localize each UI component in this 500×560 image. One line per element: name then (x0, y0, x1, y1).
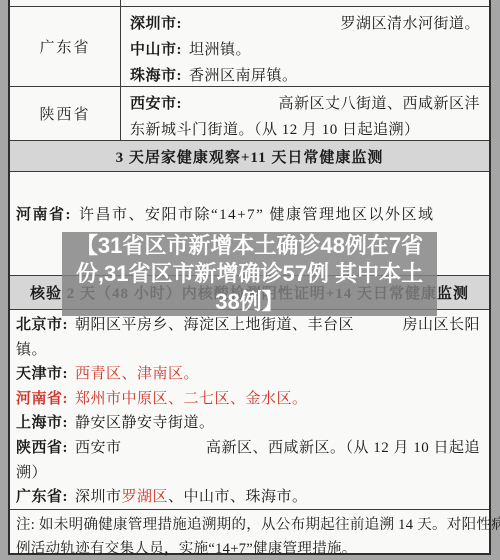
province-label: 河南省: (16, 207, 72, 223)
district-text: 溯） (16, 465, 47, 481)
policy-line-guangdong: 广东省:深圳市罗湖区、中山市、珠海市。 (16, 485, 480, 510)
city-label: 深圳市: (130, 11, 182, 37)
province-label: 广东省: (16, 489, 68, 505)
city-label: 珠海市: (130, 68, 182, 84)
district-text: 深圳市 (75, 489, 122, 505)
policy-line-beijing: 北京市:朝阳区平房乡、海淀区上地街道、丰台区 房山区长阳 (16, 313, 480, 338)
district-text-right: 房山区长阳 (402, 313, 480, 338)
policy-line-henan: 河南省:郑州市中原区、二七区、金水区。 (16, 387, 480, 412)
province-label: 陕西省: (16, 440, 68, 456)
footnote-line-2: 例活动轨迹有交集人员，实施“14+7”健康管理措施。 (16, 537, 482, 560)
table-row-guangdong: 广东省 深圳市: 罗湖区清水河街道。 中山市:坦洲镇。 珠海市:香洲区南屏镇。 (10, 7, 489, 87)
district-text: 朝阳区平房乡、海淀区上地街道、丰台区 (75, 317, 354, 333)
policy-banner-3day-observation: 3 天居家健康观察+11 天日常健康监测 (10, 141, 489, 172)
province-label: 上海市: (16, 415, 68, 431)
page-background: 广东省 深圳市: 罗湖区清水河街道。 中山市:坦洲镇。 珠海市:香洲区南屏镇。 … (0, 0, 500, 560)
city-entry-xian-wrap: 东新城斗门街道。（从 12 月 10 日起追溯） (130, 117, 480, 143)
district-text: 坦洲镇。 (189, 42, 251, 58)
city-entry-shenzhen: 深圳市: 罗湖区清水河街道。 (130, 11, 480, 37)
policy-line-shaanxi: 陕西省:西安市 高新区、西咸新区。（从 12 月 10 日起追 (16, 436, 480, 461)
city-entry-zhongshan: 中山市:坦洲镇。 (130, 37, 480, 63)
detail-cell-shaanxi: 西安市: 高新区丈八街道、西咸新区沣 东新城斗门街道。（从 12 月 10 日起… (121, 87, 489, 140)
district-text: 镇。 (16, 342, 47, 358)
district-text-right: 高新区、西咸新区。（从 12 月 10 日起追 (206, 436, 480, 461)
policy-line-shaanxi-wrap: 溯） (16, 461, 480, 486)
banner-text: 3 天居家健康观察+11 天日常健康监测 (116, 146, 384, 167)
province-label: 北京市: (16, 317, 68, 333)
district-text: 高新区丈八街道、西咸新区沣 (278, 91, 480, 117)
daily-monitoring-section: 北京市:朝阳区平房乡、海淀区上地街道、丰台区 房山区长阳 镇。 天津市:西青区、… (10, 310, 489, 510)
district-text: 、中山市、珠海市。 (168, 489, 308, 505)
footnote-line-1: 注: 如未明确健康管理措施追溯期的，从公布期起往前追溯 14 天。对阳性病 (16, 513, 482, 537)
province-cell-shaanxi: 陕西省 (10, 87, 121, 140)
province-label-red: 河南省: (16, 391, 68, 407)
table-row-partial (10, 0, 489, 7)
city-label: 西安市: (130, 91, 182, 117)
district-text-red: 罗湖区 (122, 489, 169, 505)
region-text: 许昌市、安阳市除“14+7” 健康管理地区以外区域 (79, 207, 435, 223)
henan-exception-line: 河南省:许昌市、安阳市除“14+7” 健康管理地区以外区域 (16, 202, 480, 228)
detail-cell-guangdong: 深圳市: 罗湖区清水河街道。 中山市:坦洲镇。 珠海市:香洲区南屏镇。 (121, 7, 489, 86)
province-cell-guangdong: 广东省 (10, 7, 121, 86)
province-label: 天津市: (16, 366, 68, 382)
news-caption-overlay: 【31省区市新增本土确诊48例在7省份,31省区市新增确诊57例 其中本土38例… (62, 232, 437, 316)
district-text: 静安区静安寺街道。 (75, 415, 215, 431)
district-text-red: 郑州市中原区、二七区、金水区。 (75, 391, 308, 407)
table-row-shaanxi: 陕西省 西安市: 高新区丈八街道、西咸新区沣 东新城斗门街道。（从 12 月 1… (10, 87, 489, 141)
city-entry-zhuhai: 珠海市:香洲区南屏镇。 (130, 63, 480, 89)
district-text: 西安市 (75, 440, 122, 456)
city-label: 中山市: (130, 42, 182, 58)
policy-line-tianjin: 天津市:西青区、津南区。 (16, 362, 480, 387)
footnote: 注: 如未明确健康管理措施追溯期的，从公布期起往前追溯 14 天。对阳性病 例活… (10, 510, 489, 560)
district-text: 香洲区南屏镇。 (189, 68, 298, 84)
district-text-red: 西青区、津南区。 (75, 366, 199, 382)
district-text: 罗湖区清水河街道。 (340, 11, 480, 37)
district-text: 东新城斗门街道。（从 12 月 10 日起追溯） (130, 122, 420, 138)
policy-line-beijing-wrap: 镇。 (16, 338, 480, 363)
line-left: 北京市:朝阳区平房乡、海淀区上地街道、丰台区 (16, 313, 354, 338)
policy-line-shanghai: 上海市:静安区静安寺街道。 (16, 411, 480, 436)
line-left: 陕西省:西安市 (16, 436, 122, 461)
city-entry-xian: 西安市: 高新区丈八街道、西咸新区沣 (130, 91, 480, 117)
partial-province-cell (10, 0, 121, 6)
news-caption-text: 【31省区市新增本土确诊48例在7省份,31省区市新增确诊57例 其中本土38例… (62, 232, 437, 316)
